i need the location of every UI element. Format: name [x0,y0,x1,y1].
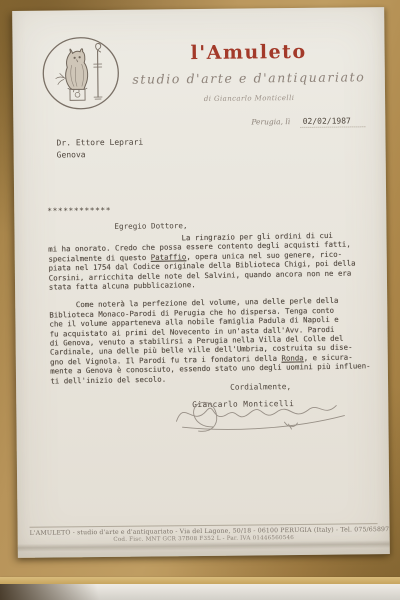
dateline-place-label: Perugia, lì [251,117,290,126]
letterhead-subtitle: studio d'arte e d'antiquariato [125,69,373,87]
letter-body: La ringrazio per gli ordini di cuimi ha … [48,230,373,394]
salutation: Egregio Dottore, [114,221,187,231]
handwritten-signature [164,387,364,437]
letterhead-title: l'Amuleto [124,40,372,65]
desk-corner-shadow [0,584,130,600]
recipient-name: Dr. Ettore Leprari [56,137,143,150]
letterhead-proprietor: di Giancarlo Monticelli [125,93,373,104]
letter-sheet: l'Amuleto studio d'arte e d'antiquariato… [12,7,390,558]
paragraph-2: Come noterà la perfezione del volume, un… [49,296,372,386]
cardboard-bottom-edge [0,577,400,584]
dateline: Perugia, lì 02/02/1987 [251,116,365,126]
asterisk-separator: ************ [47,206,111,216]
owl-emblem-icon [38,34,123,113]
paragraph-1: La ringrazio per gli ordini di cuimi ha … [48,230,371,292]
recipient-city: Genova [57,149,144,162]
dateline-typed-date: 02/02/1987 [301,116,365,128]
recipient-address: Dr. Ettore Leprari Genova [56,137,143,162]
letter-photo: l'Amuleto studio d'arte e d'antiquariato… [0,0,400,600]
